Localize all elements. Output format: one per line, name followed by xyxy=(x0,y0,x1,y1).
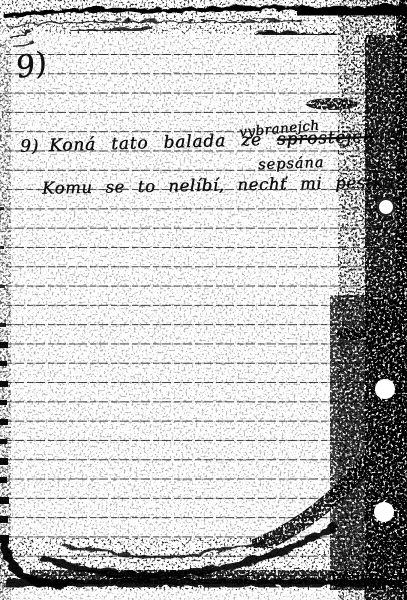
inserted-word-sepsana: sepsána xyxy=(258,155,325,173)
handwritten-top-mark: 9) xyxy=(13,45,50,86)
top-smudge xyxy=(0,0,407,45)
item-number: 9) xyxy=(20,136,40,157)
line1-tail: slov, xyxy=(389,125,407,146)
scanned-notebook-page: 9) 9)Koná tato balada ze sprostejch slov… xyxy=(0,0,407,600)
